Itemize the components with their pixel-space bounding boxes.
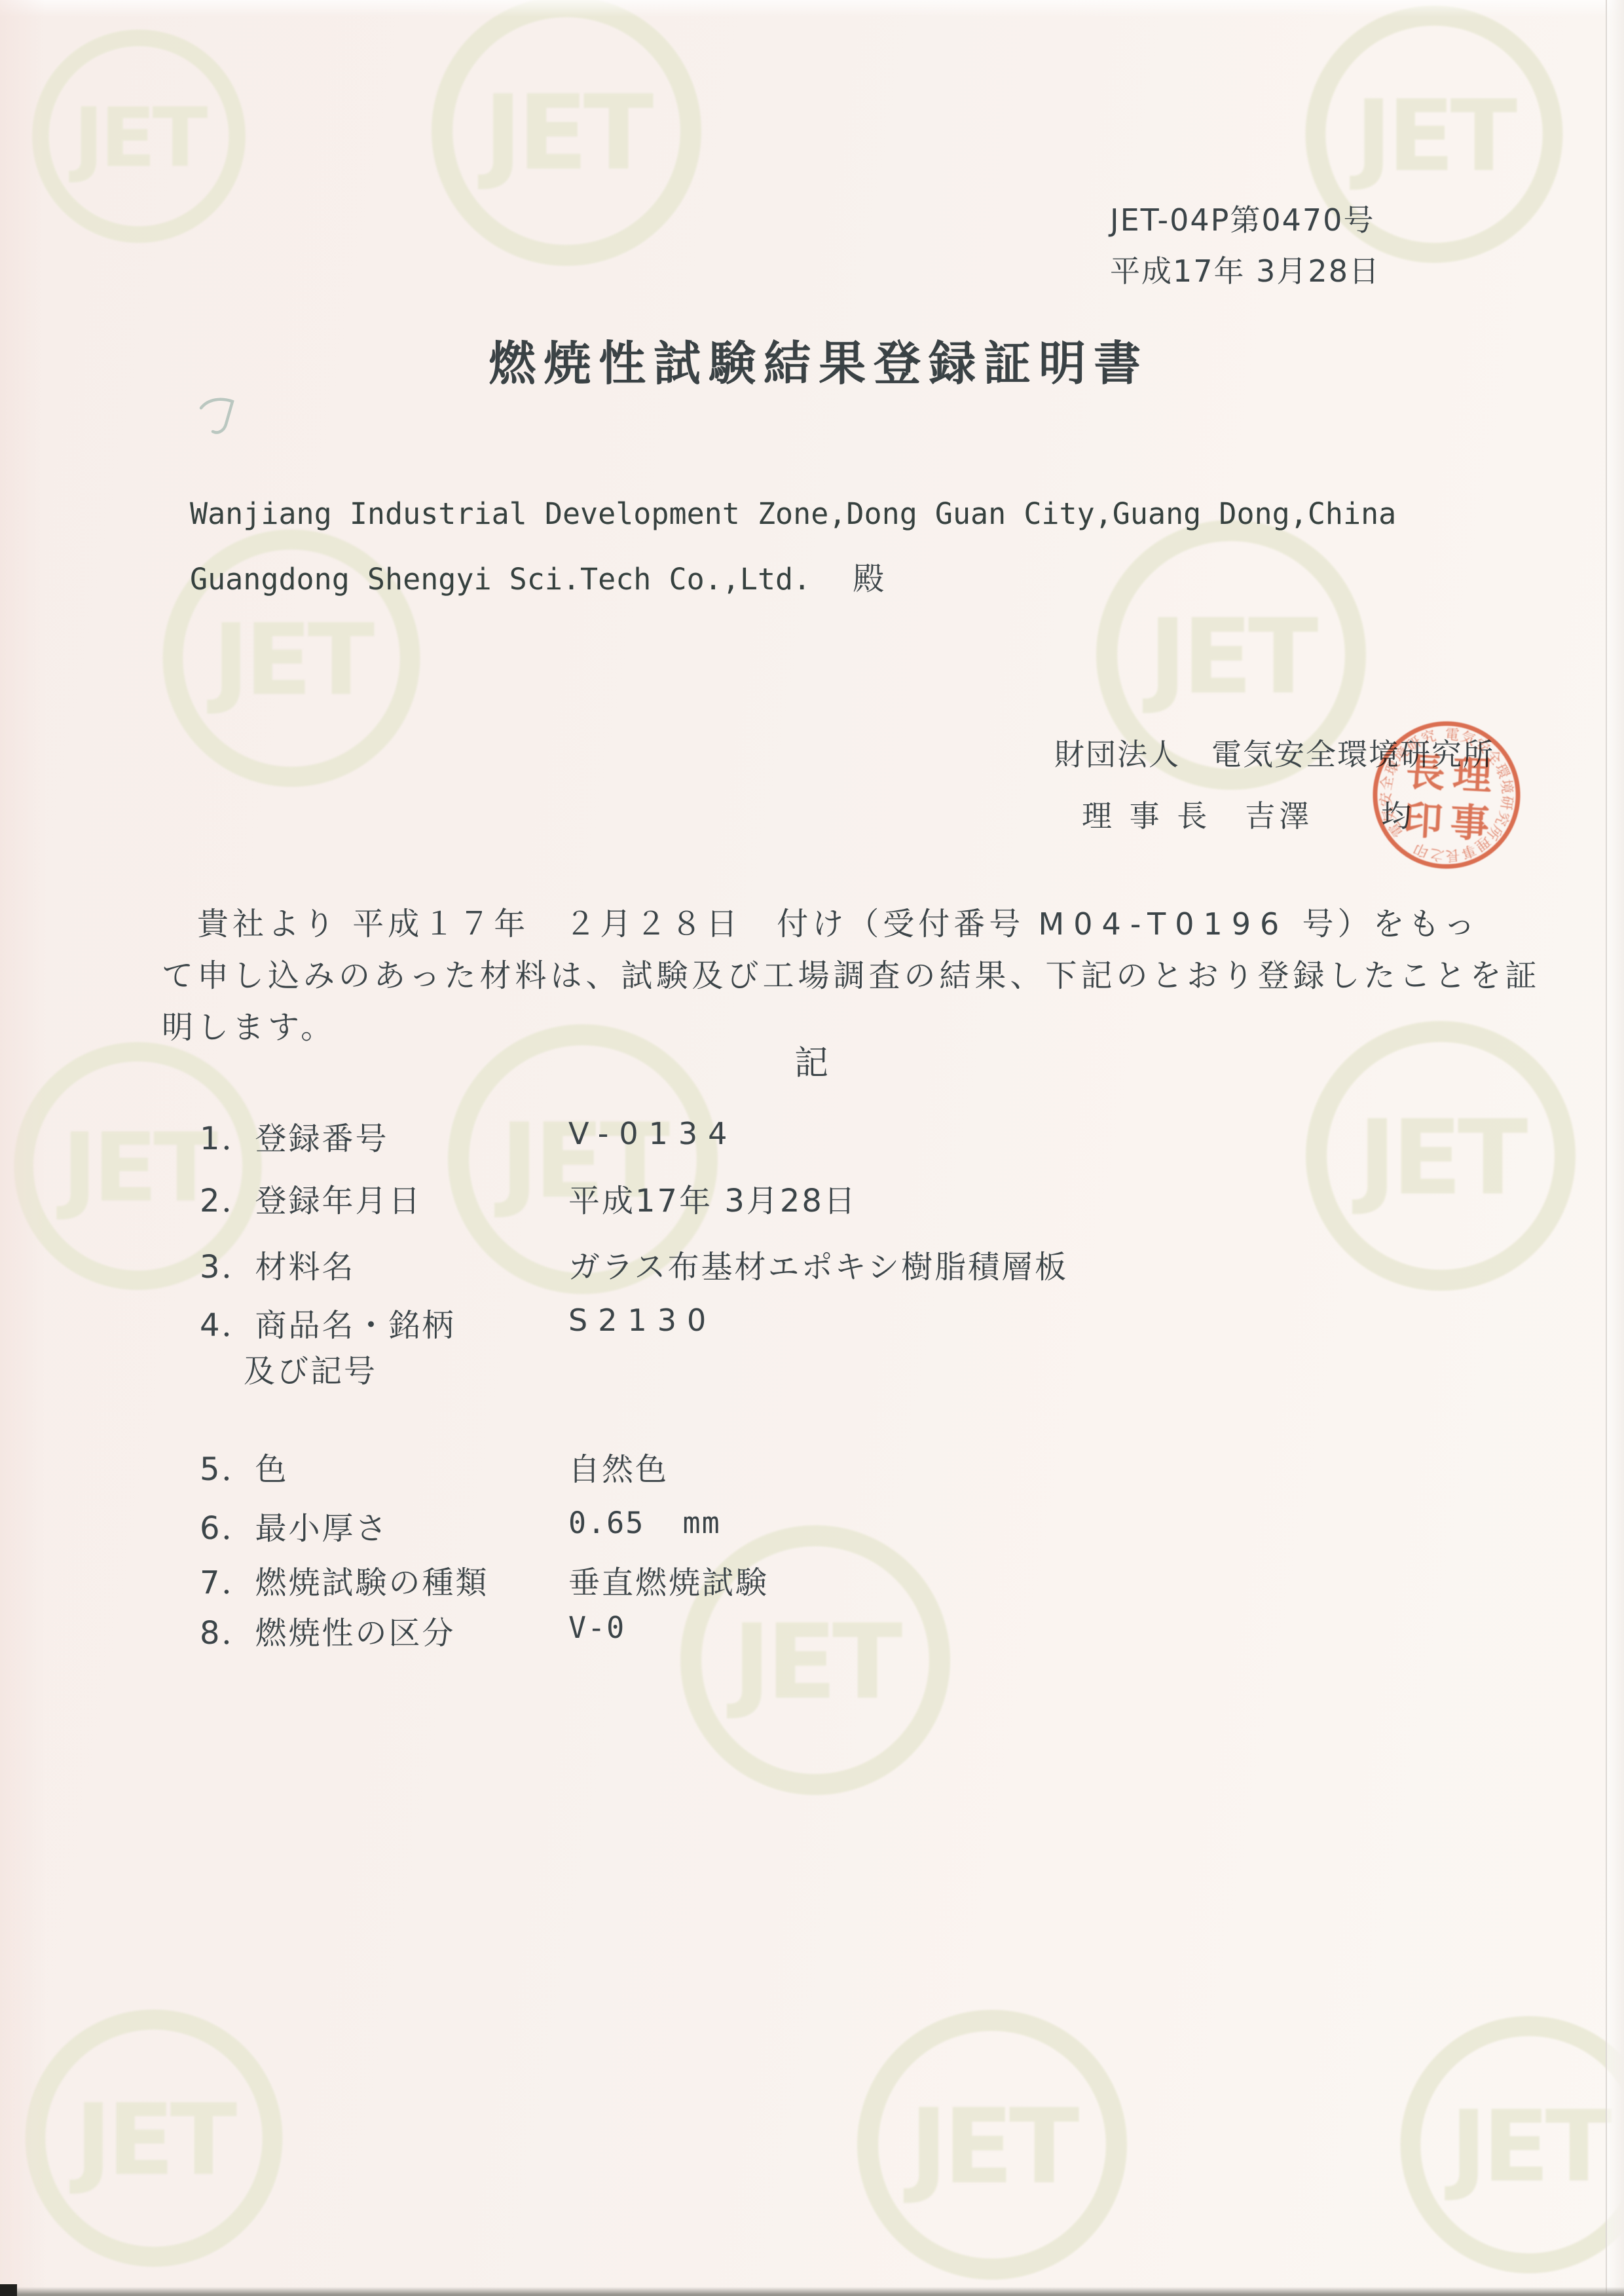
svg-text:JET: JET — [1352, 1098, 1528, 1218]
item-3-no: 3． — [200, 1249, 255, 1286]
item-5-no: 5． — [200, 1451, 255, 1488]
item-4-label-text: 商品名・銘柄 — [255, 1307, 456, 1344]
svg-text:JET: JET — [1143, 597, 1318, 717]
scan-bottom-edge — [0, 2287, 1624, 2296]
certificate-page: JETJETJETJETJETJETJETJETJETJETJETJET JET… — [0, 0, 1624, 2296]
recipient-company: Guangdong Shengyi Sci.Tech Co.,Ltd.殿 — [190, 553, 884, 599]
jet-logo-watermark: JET — [851, 2004, 1133, 2286]
section-heading: 記 — [794, 1035, 830, 1084]
item-5-label-text: 色 — [255, 1451, 289, 1488]
jet-logo-watermark: JET — [1300, 1015, 1581, 1297]
item-4-label2: 及び記号 — [244, 1346, 377, 1391]
item-8-label-text: 燃焼性の区分 — [255, 1615, 456, 1652]
body-line-2: て申し込みのあった材料は、試験及び工場調査の結果、下記のとおり登録したことを証 — [162, 950, 1537, 995]
issuer-representative: 理 事 長 吉澤 均 — [1082, 792, 1415, 836]
item-3-value: ガラス布基材エポキシ樹脂積層板 — [568, 1242, 1068, 1287]
jet-logo-watermark: JET — [426, 0, 707, 272]
item-7-no: 7． — [200, 1565, 255, 1601]
recipient-address: Wanjiang Industrial Development Zone,Don… — [190, 496, 1396, 531]
item-3-label: 3．材料名 — [200, 1242, 356, 1287]
item-6-value: 0.65 mm — [568, 1506, 721, 1540]
item-4-label: 4．商品名・銘柄 — [200, 1300, 456, 1345]
svg-text:JET: JET — [207, 603, 375, 718]
scan-left-edge — [0, 0, 46, 2296]
item-7-value: 垂直燃焼試験 — [568, 1557, 769, 1602]
seal-char-br: 事 — [1449, 800, 1490, 847]
item-1-value: V-0134 — [568, 1116, 737, 1151]
item-2-value: 平成17年 3月28日 — [568, 1176, 857, 1221]
item-7-label-text: 燃焼試験の種類 — [255, 1565, 489, 1601]
body-line-1: 貴社より 平成１７年 ２月２８日 付け（受付番号 M04-T0196 号）をもっ — [162, 898, 1537, 944]
item-1-label: 1．登録番号 — [200, 1113, 389, 1158]
page-title: 燃焼性試験結果登録証明書 — [489, 325, 1149, 394]
svg-text:JET: JET — [69, 90, 208, 185]
item-1-no: 1． — [200, 1120, 255, 1157]
item-2-label: 2．登録年月日 — [200, 1176, 422, 1221]
item-6-label-text: 最小厚さ — [255, 1510, 389, 1547]
recipient-company-name: Guangdong Shengyi Sci.Tech Co.,Ltd. — [190, 562, 811, 597]
item-2-no: 2． — [200, 1183, 255, 1219]
issue-date: 平成17年 3月28日 — [1110, 248, 1380, 291]
svg-text:JET: JET — [1445, 2090, 1612, 2204]
body-line-1-post: 号）をもっ — [1288, 906, 1479, 942]
item-4-value: S2130 — [568, 1303, 716, 1338]
svg-text:JET: JET — [727, 1602, 902, 1722]
official-seal: 電気安全環境研究所理事長之印 電気安全環境研究所理事長之印 長 理 印 事 — [1366, 714, 1527, 876]
seal-char-bl: 印 — [1403, 797, 1444, 845]
jet-logo-watermark: JET — [1395, 2010, 1624, 2279]
body-line-1-pre: 貴社より 平成１７年 ２月２８日 付け（受付番号 — [162, 906, 1039, 942]
jet-logo-watermark: JET — [28, 25, 250, 248]
item-2-label-text: 登録年月日 — [255, 1183, 422, 1219]
scan-corner-mark — [0, 2284, 17, 2296]
svg-text:JET: JET — [1350, 79, 1517, 194]
svg-text:JET: JET — [478, 73, 654, 193]
scan-top-edge — [0, 0, 1624, 17]
item-1-label-text: 登録番号 — [255, 1120, 389, 1157]
item-3-label-text: 材料名 — [255, 1249, 356, 1286]
body-line-3: 明します。 — [162, 1002, 1537, 1047]
item-7-label: 7．燃焼試験の種類 — [200, 1557, 489, 1602]
svg-text:JET: JET — [904, 2087, 1079, 2207]
item-5-value: 自然色 — [568, 1444, 669, 1489]
seal-char-tl: 長 — [1405, 749, 1446, 797]
item-8-label: 8．燃焼性の区分 — [200, 1608, 456, 1653]
svg-text:JET: JET — [69, 2083, 237, 2198]
pencil-mark — [196, 390, 242, 440]
document-number: JET-04P第0470号 — [1110, 196, 1375, 240]
item-6-no: 6． — [200, 1510, 255, 1547]
item-4-no: 4． — [200, 1307, 255, 1344]
svg-text:JET: JET — [56, 1113, 218, 1223]
item-8-value: V-0 — [568, 1610, 625, 1645]
application-number: M04-T0196 — [1039, 906, 1289, 942]
item-5-label: 5．色 — [200, 1444, 289, 1489]
item-8-no: 8． — [200, 1615, 255, 1652]
scan-right-edge — [1606, 0, 1624, 2296]
recipient-honorific: 殿 — [853, 561, 884, 597]
seal-char-tr: 理 — [1452, 752, 1494, 800]
jet-logo-watermark: JET — [20, 2004, 288, 2272]
item-6-label: 6．最小厚さ — [200, 1503, 389, 1548]
